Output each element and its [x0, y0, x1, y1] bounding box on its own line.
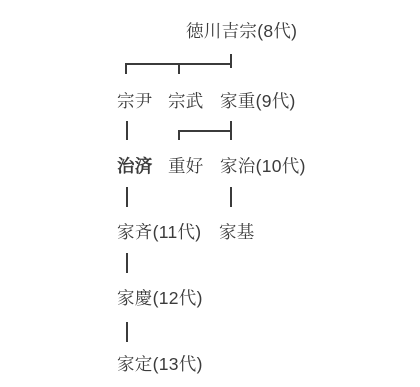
tree-node-ieshige: 家重(9代)	[220, 91, 296, 112]
tree-node-iemoto: 家基	[219, 222, 255, 243]
edge-drop-shigeyoshi	[178, 130, 180, 140]
edge-drop-munetada	[125, 63, 127, 74]
tree-node-iesada: 家定(13代)	[117, 354, 203, 375]
tree-node-ienari: 家斉(11代)	[117, 222, 201, 243]
tree-node-munetada: 宗尹	[117, 91, 153, 112]
tree-node-harusada: 治済	[117, 156, 153, 177]
edge-ieyoshi-iesada	[126, 322, 128, 342]
edge-ienari-ieyoshi	[126, 253, 128, 273]
tree-node-yoshimune: 徳川吉宗(8代)	[186, 21, 297, 42]
edge-drop-munetake	[178, 63, 180, 74]
edge-munetada-harusada	[126, 121, 128, 140]
tree-node-ieyoshi: 家慶(12代)	[117, 288, 203, 309]
family-tree-diagram: 徳川吉宗(8代) 宗尹 宗武 家重(9代) 治済 重好 家治(10代) 家斉(1…	[0, 0, 420, 387]
edge-ieshige-ieharu	[230, 121, 232, 140]
edge-ieshige-branch-bar	[178, 130, 232, 132]
edge-ieharu-iemoto	[230, 187, 232, 207]
tree-node-ieharu: 家治(10代)	[220, 156, 306, 177]
tree-node-munetake: 宗武	[168, 91, 204, 112]
edge-yoshimune-stem	[230, 54, 232, 68]
edge-harusada-ienari	[126, 187, 128, 207]
tree-node-shigeyoshi: 重好	[168, 156, 204, 177]
